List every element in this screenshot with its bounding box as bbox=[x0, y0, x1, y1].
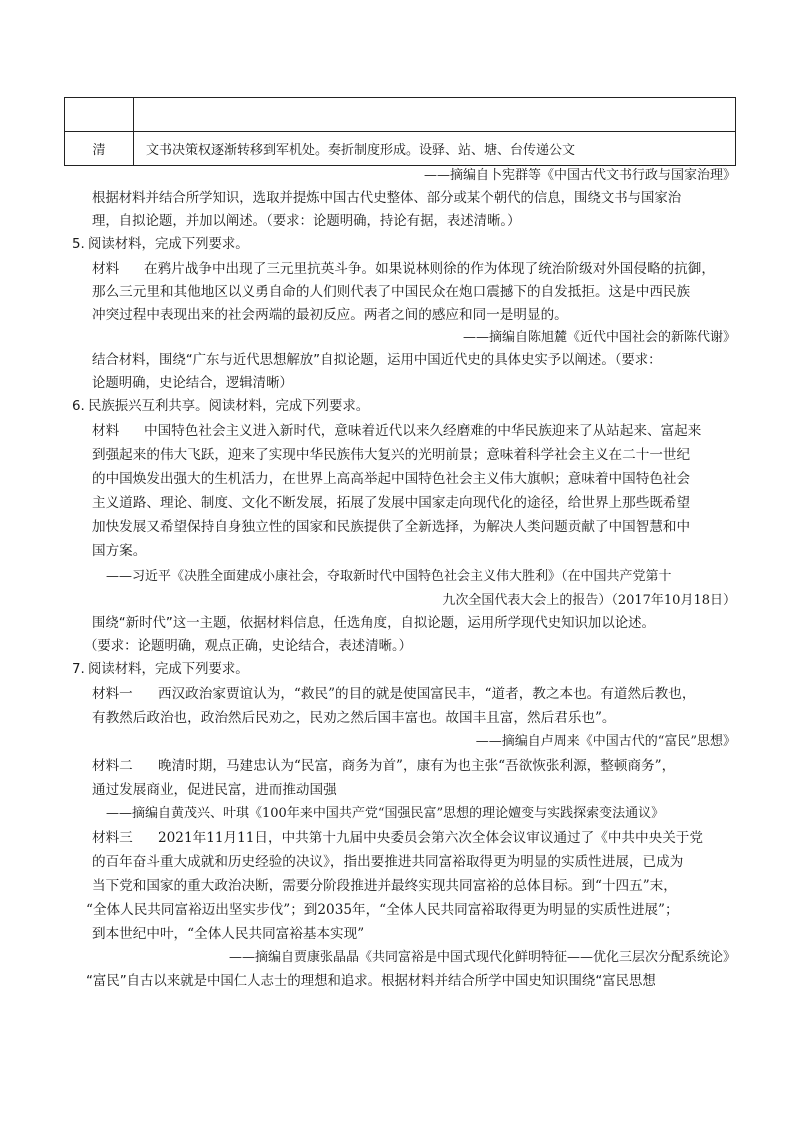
task-line: 论题明确，史论结合，逻辑清晰） bbox=[92, 375, 293, 393]
material-line: 2021年11月11日，中共第十九届中央委员会第六次全体会议审议通过了《中共中央… bbox=[158, 829, 703, 847]
material-label: 材料三 bbox=[92, 829, 133, 847]
table-cell-dynasty bbox=[65, 98, 134, 132]
question-title: 阅读材料，完成下列要求。 bbox=[88, 236, 249, 254]
material-source: ——习近平《决胜全面建成小康社会，夺取新时代中国特色社会主义伟大胜利》（在中国共… bbox=[106, 568, 672, 586]
table-source: ——摘编自卜宪群等《中国古代文书行政与国家治理》 bbox=[424, 167, 736, 185]
table-cell-content: 文书决策权逐渐转移到军机处。奏折制度形成。设驿、站、塘、台传递公文 bbox=[134, 132, 736, 166]
table-row: 清 文书决策权逐渐转移到军机处。奏折制度形成。设驿、站、塘、台传递公文 bbox=[65, 132, 736, 166]
question-number: 5. bbox=[72, 236, 85, 254]
material-line: 到本世纪中叶，“全体人民共同富裕基本实现” bbox=[92, 925, 364, 943]
material-line: 国方案。 bbox=[92, 542, 146, 560]
question-title: 民族振兴互利共享。阅读材料，完成下列要求。 bbox=[88, 398, 369, 416]
material-source: ——摘编自黄茂兴、叶琪《100年来中国共产党“国强民富”思想的理论嬗变与实践探索… bbox=[106, 805, 664, 823]
material-source: 九次全国代表大会上的报告）（2017年10月18日） bbox=[442, 592, 736, 610]
material-line: 到强起来的伟大飞跃，迎来了实现中华民族伟大复兴的光明前景；意味着科学社会主义在二… bbox=[92, 446, 690, 464]
material-source: ——摘编自陈旭麓《近代中国社会的新陈代谢》 bbox=[463, 329, 736, 347]
table-cell-dynasty: 清 bbox=[65, 132, 134, 166]
material-line: 在鸦片战争中出现了三元里抗英斗争。如果说林则徐的作为体现了统治阶级对外国侵略的抗… bbox=[144, 260, 715, 278]
material-line: 那么三元里和其他地区以义勇自命的人们则代表了中国民众在炮口震撼下的自发抵拒。这是… bbox=[92, 283, 690, 301]
material-line: 主义道路、理论、制度、文化不断发展，拓展了发展中国家走向现代化的途径，给世界上那… bbox=[92, 494, 690, 512]
material-line: 加快发展又希望保持自身独立性的国家和民族提供了全新选择，为解决人类问题贡献了中国… bbox=[92, 518, 690, 536]
material-line: 冲突过程中表现出来的社会两端的最初反应。两者之间的感应和同一是明显的。 bbox=[92, 306, 568, 324]
material-line: 中国特色社会主义进入新时代，意味着近代以来久经磨难的中华民族迎来了从站起来、富起… bbox=[144, 422, 701, 440]
material-label: 材料 bbox=[92, 260, 119, 278]
material-label: 材料二 bbox=[92, 757, 133, 775]
material-line: 通过发展商业，促进民富，进而推动国强 bbox=[92, 781, 337, 799]
question-title: 阅读材料，完成下列要求。 bbox=[88, 661, 249, 679]
task-line: 结合材料，围绕“广东与近代思想解放”自拟论题，运用中国近代史的具体史实予以阐述。… bbox=[92, 352, 662, 370]
q4-task-line: 根据材料并结合所学知识，选取并提炼中国古代史整体、部分或某个朝代的信息，围绕文书… bbox=[92, 190, 681, 208]
material-line: 当下党和国家的重大政治决断，需要分阶段推进并最终实现共同富裕的总体目标。到“十四… bbox=[92, 877, 677, 895]
material-label: 材料一 bbox=[92, 685, 133, 703]
q4-task-line: 理，自拟论题，并加以阐述。（要求：论题明确，持论有据，表述清晰。） bbox=[92, 213, 521, 231]
material-line: 有教然后政治也，政治然后民劝之，民劝之然后国丰富也。故国丰且富，然后君乐也”。 bbox=[92, 709, 616, 727]
task-line: （要求：论题明确，观点正确，史论结合，表述清晰。） bbox=[84, 638, 412, 656]
table-cell-content bbox=[134, 98, 736, 132]
task-line: “富民”自古以来就是中国仁人志士的理想和追求。根据材料并结合所学中国史知识围绕“… bbox=[86, 973, 656, 991]
task-line: 围绕“新时代”这一主题，依据材料信息，任选角度，自拟论题，运用所学现代史知识加以… bbox=[92, 615, 655, 633]
material-line: 西汉政治家贾谊认为，“救民”的目的就是使国富民丰，“道者，教之本也。有道然后教也… bbox=[158, 685, 695, 703]
table-row bbox=[65, 98, 736, 132]
document-page: 清 文书决策权逐渐转移到军机处。奏折制度形成。设驿、站、塘、台传递公文 ——摘编… bbox=[0, 0, 800, 1132]
material-source: ——摘编自卢周来《中国古代的“富民”思想》 bbox=[476, 733, 736, 751]
material-label: 材料 bbox=[92, 422, 119, 440]
material-line: 晚清时期，马建忠认为“民富，商务为首”，康有为也主张“吾欲恢张利源，整顿商务”， bbox=[158, 757, 675, 775]
question-number: 6. bbox=[72, 398, 85, 416]
question-number: 7. bbox=[72, 661, 85, 679]
material-source: ——摘编自贾康张晶晶《共同富裕是中国式现代化鲜明特征——优化三层次分配系统论》 bbox=[229, 949, 736, 967]
material-line: 的中国焕发出强大的生机活力，在世界上高高举起中国特色社会主义伟大旗帜；意味着中国… bbox=[92, 470, 690, 488]
material-line: “全体人民共同富裕迈出坚实步伐”；到2035年，“全体人民共同富裕取得更为明显的… bbox=[86, 901, 679, 919]
material-line: 的百年奋斗重大成就和历史经验的决议》，指出要推进共同富裕取得更为明显的实质性进展… bbox=[92, 853, 683, 871]
history-table: 清 文书决策权逐渐转移到军机处。奏折制度形成。设驿、站、塘、台传递公文 bbox=[64, 97, 736, 166]
